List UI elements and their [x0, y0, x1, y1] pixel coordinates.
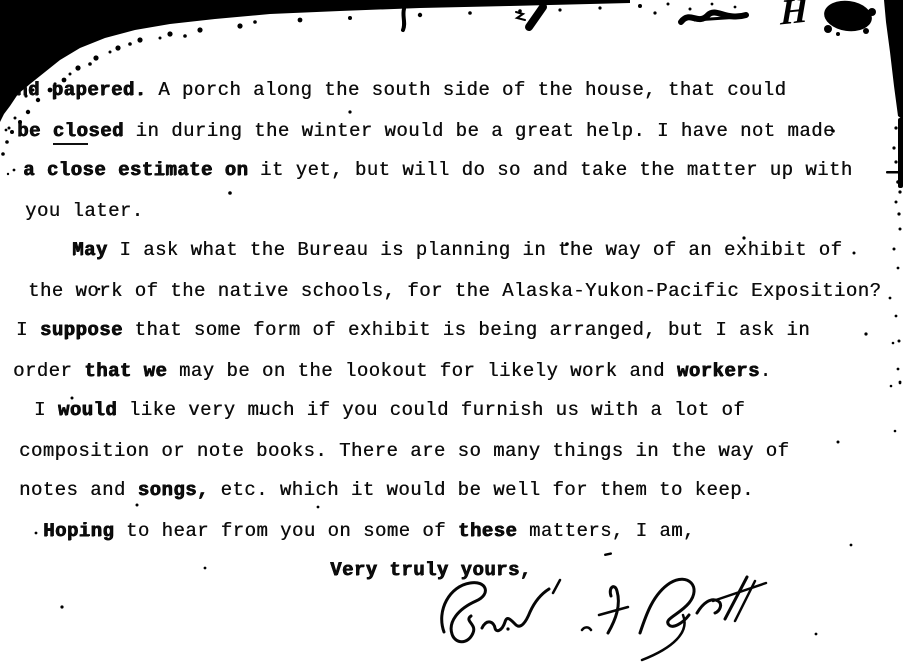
- letter-text-segment: A porch along the south side of the hous…: [146, 79, 786, 101]
- letter-line: notes and songs, etc. which it would be …: [19, 470, 903, 510]
- letter-text-segment: may be on the lookout for likely work an…: [167, 360, 677, 382]
- letter-text-segment: matters, I am,: [517, 520, 695, 542]
- letter-line: you later.: [25, 191, 903, 231]
- letter-text-segment: these: [458, 520, 517, 542]
- letter-text-segment: .: [760, 360, 772, 382]
- letter-text-segment: that we: [84, 360, 167, 382]
- signature-handwriting-icon: [430, 570, 775, 664]
- letter-line: be closed in during the winter would be …: [17, 111, 903, 151]
- letter-text-segment: songs,: [138, 479, 209, 501]
- letter-text-segment: a close estimate on: [23, 159, 248, 181]
- letter-text-segment: the work of the native schools, for the …: [28, 280, 881, 302]
- letter-line: composition or note books. There are so …: [19, 431, 903, 471]
- letter-text-segment: Hoping: [43, 520, 114, 542]
- letter-line: a close estimate on it yet, but will do …: [23, 150, 903, 190]
- letter-text-segment: etc. which it would be well for them to …: [209, 479, 754, 501]
- letter-text-segment: nd papered.: [16, 79, 146, 101]
- letter-line: nd papered. A porch along the south side…: [16, 70, 903, 110]
- letter-text-segment: like very much if you could furnish us w…: [117, 399, 745, 421]
- letter-text-segment: composition or note books. There are so …: [19, 440, 789, 462]
- letter-text-segment: clo: [53, 120, 89, 145]
- letter-text-segment: I: [16, 319, 40, 341]
- letter-text-segment: workers: [677, 360, 760, 382]
- letter-line: Hoping to hear from you on some of these…: [43, 511, 903, 551]
- letter-text-segment: in during the winter would be a great he…: [124, 120, 835, 142]
- letter-text-segment: be: [17, 120, 53, 142]
- handwritten-h-mark: H: [780, 0, 808, 34]
- letter-text-segment: May: [72, 239, 108, 261]
- letter-line: I would like very much if you could furn…: [34, 390, 903, 430]
- letter-line: I suppose that some form of exhibit is b…: [16, 310, 903, 350]
- letter-text-segment: would: [58, 399, 117, 421]
- letter-text-segment: it yet, but will do so and take the matt…: [248, 159, 852, 181]
- letter-text-segment: that some form of exhibit is being arran…: [123, 319, 810, 341]
- signature: [430, 570, 775, 664]
- letter-text-segment: to hear from you on some of: [114, 520, 458, 542]
- letter-line: the work of the native schools, for the …: [28, 271, 903, 311]
- letter-text-segment: I ask what the Bureau is planning in the…: [108, 239, 843, 261]
- scanned-letter-page: nd papered. A porch along the south side…: [0, 0, 903, 664]
- letter-text-segment: I: [34, 399, 58, 421]
- letter-body: nd papered. A porch along the south side…: [0, 0, 903, 590]
- letter-text-segment: notes and: [19, 479, 138, 501]
- letter-text-segment: sed: [88, 120, 124, 142]
- letter-line: May I ask what the Bureau is planning in…: [72, 230, 903, 270]
- letter-line: order that we may be on the lookout for …: [13, 351, 903, 391]
- letter-text-segment: order: [13, 360, 84, 382]
- letter-text-segment: you later.: [25, 200, 144, 222]
- letter-text-segment: suppose: [40, 319, 123, 341]
